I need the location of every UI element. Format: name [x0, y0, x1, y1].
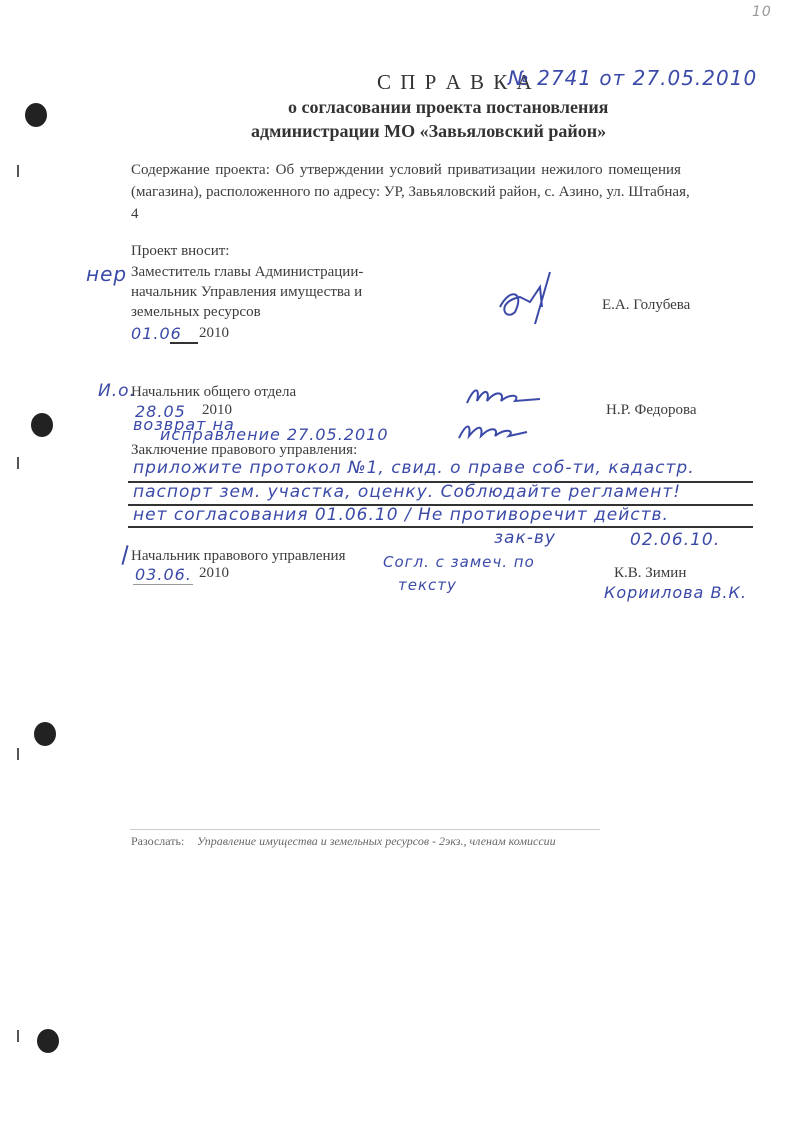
margin-mark: [17, 165, 19, 177]
legal-head-year: 2010: [199, 565, 229, 582]
legal-conclusion-continuation: зак-ву: [494, 528, 556, 548]
submitter-date: 01.06: [131, 324, 182, 343]
legal-conclusion-label: Заключение правового управления:: [131, 442, 357, 459]
general-dept-name: Н.Р. Федорова: [606, 402, 697, 419]
footer-divider: [130, 829, 600, 830]
signature: [490, 262, 570, 332]
punch-hole: [37, 1029, 59, 1053]
content-line: Содержание проекта: Об утверждении услов…: [131, 162, 681, 179]
legal-head-date: 03.06.: [135, 565, 192, 584]
submitter-year: 2010: [199, 325, 229, 342]
margin-mark: [17, 457, 19, 469]
legal-head-name: К.В. Зимин: [614, 565, 686, 582]
date-underline: [133, 584, 193, 585]
margin-mark: [17, 1030, 19, 1042]
legal-head-note: Согл. с замеч. по: [383, 553, 535, 571]
margin-mark: [17, 748, 19, 760]
margin-mark: [121, 545, 128, 565]
punch-hole: [34, 722, 56, 746]
signature: [457, 418, 537, 443]
margin-note: нер: [86, 262, 127, 286]
submitter-position: начальник Управления имущества и: [131, 284, 362, 301]
punch-hole: [25, 103, 47, 127]
subtitle-line: администрации МО «Завьяловский район»: [251, 121, 606, 142]
footer-recipients: Управление имущества и земельных ресурсо…: [197, 834, 556, 849]
content-line: (магазина), расположенного по адресу: УР…: [131, 184, 690, 201]
legal-conclusion-line: приложите протокол №1, свид. о праве соб…: [133, 458, 695, 478]
submitter-position: Заместитель главы Администрации-: [131, 264, 363, 281]
footer-label: Разослать:: [131, 834, 184, 849]
legal-conclusion-date: 02.06.10.: [630, 530, 720, 550]
punch-hole: [31, 413, 53, 437]
legal-head-note: тексту: [398, 576, 457, 594]
legal-conclusion-line: паспорт зем. участка, оценку. Соблюдайте…: [133, 482, 681, 502]
document-number: № 2741 от 27.05.2010: [508, 66, 757, 90]
legal-head-position: Начальник правового управления: [131, 548, 345, 565]
submitter-label: Проект вносит:: [131, 243, 229, 260]
subtitle-line: о согласовании проекта постановления: [288, 97, 608, 118]
submitter-position: земельных ресурсов: [131, 304, 261, 321]
legal-head-handwritten-name: Кориилова В.К.: [604, 583, 747, 602]
submitter-name: Е.А. Голубева: [602, 297, 690, 314]
ruled-line: [128, 526, 753, 528]
content-line: 4: [131, 206, 139, 223]
legal-conclusion-line: нет согласования 01.06.10 / Не противоре…: [133, 505, 669, 525]
page-number: 10: [752, 4, 772, 20]
general-dept-position: Начальник общего отдела: [131, 384, 296, 401]
signature: [465, 383, 545, 408]
date-underline: [170, 342, 198, 344]
